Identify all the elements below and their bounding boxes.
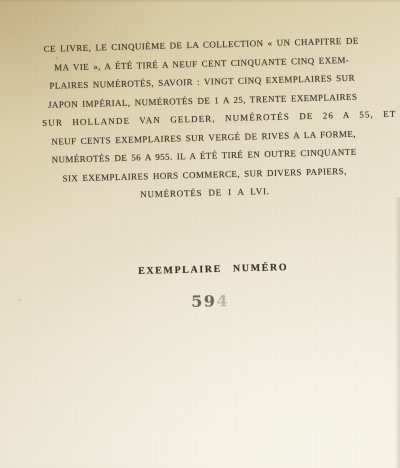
exemplaire-numero-label: EXEMPLAIRE NUMÉRO [138,262,288,277]
book-page-photo: CE LIVRE, LE CINQUIÈME DE LA COLLECTION … [0,0,400,468]
copy-number-stamp: 594 [191,291,229,311]
page-right-edge-shadow [395,197,400,468]
paper-speck [18,299,21,301]
page-top-shadow [0,0,400,3]
stamp-digits-clear: 59 [191,291,217,311]
stamp-digit-faint: 4 [216,291,229,310]
colophon-text-block: CE LIVRE, LE CINQUIÈME DE LA COLLECTION … [40,32,366,207]
